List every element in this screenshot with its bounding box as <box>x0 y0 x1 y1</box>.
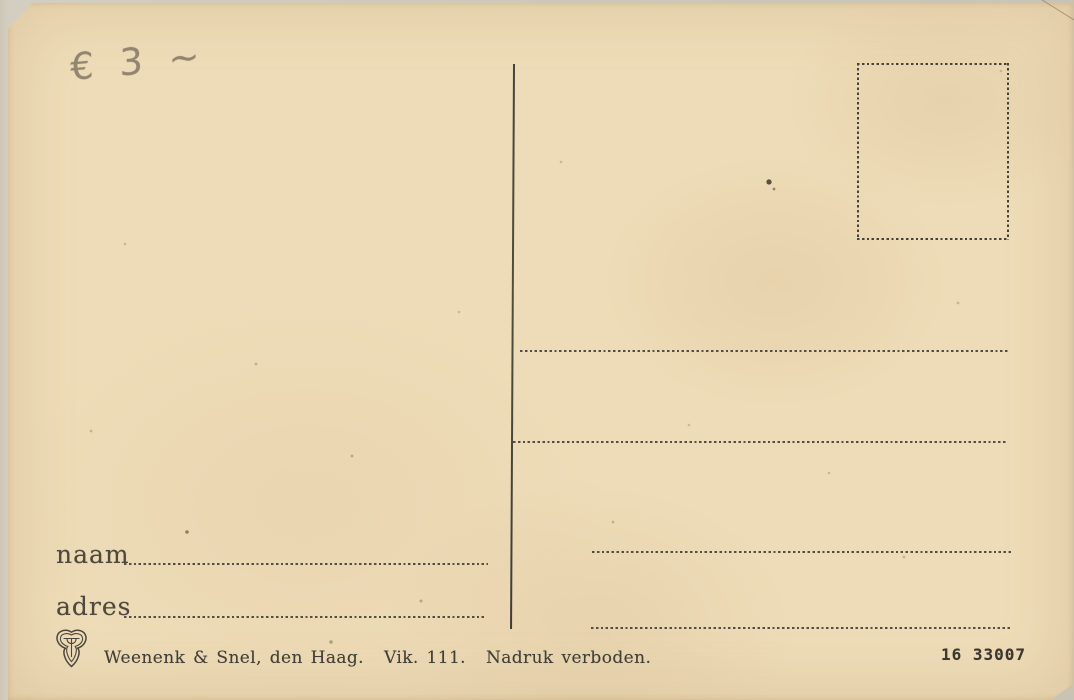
stamp-box-edge-bottom <box>857 238 1009 240</box>
publisher-imprint: Weenenk & Snel, den Haag.Vik. 111.Nadruk… <box>104 648 671 668</box>
publisher-reference: Vik. 111. <box>384 648 466 668</box>
address-writing-line-4 <box>591 627 1012 629</box>
address-writing-line-2 <box>513 441 1007 443</box>
address-writing-line-3 <box>592 551 1013 553</box>
address-writing-line <box>124 616 486 618</box>
address-field-label: adres <box>56 592 131 621</box>
publisher-name: Weenenk & Snel, den Haag. <box>104 648 364 668</box>
stamp-box-edge-left <box>857 63 859 240</box>
postcard-scan: € 3 ~ naam adres Weenenk & Snel, den Haa… <box>0 0 1074 700</box>
serial-number: 16 33007 <box>941 645 1026 664</box>
stamp-box-edge-top <box>857 63 1009 65</box>
stamp-box-edge-right <box>1007 63 1009 240</box>
publisher-logo-icon <box>55 629 88 669</box>
name-writing-line <box>124 563 488 565</box>
stamp-box <box>857 63 1009 240</box>
name-field-label: naam <box>56 540 130 569</box>
address-writing-line-1 <box>520 350 1008 352</box>
age-speckles <box>0 0 2 2</box>
copyright-notice: Nadruk verboden. <box>486 648 651 668</box>
